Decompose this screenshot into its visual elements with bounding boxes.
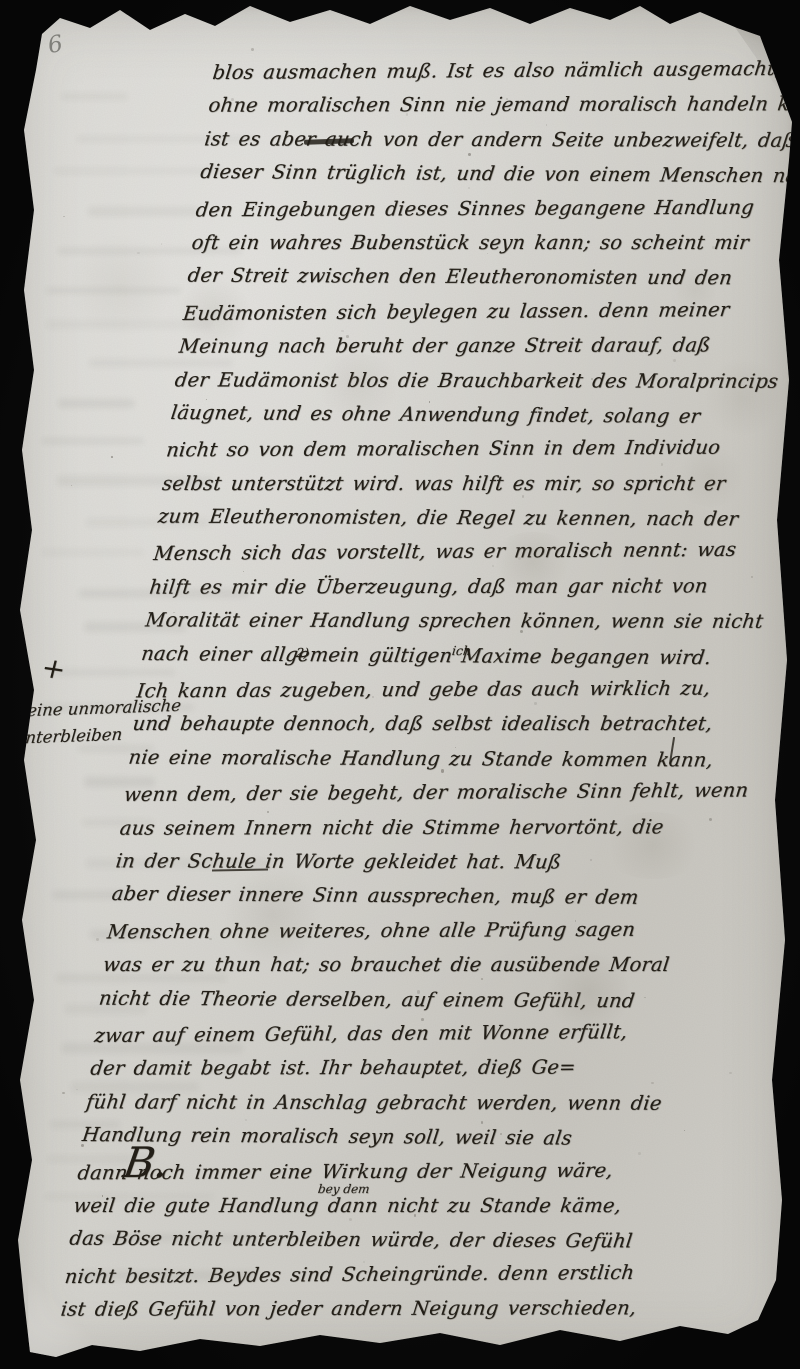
verso-bleed-through	[46, 288, 181, 293]
manuscript-photo: 6 blos ausmachen muß. Ist es also nämlic…	[0, 0, 800, 1369]
paper-stain	[67, 233, 174, 338]
paper-speck	[137, 252, 140, 255]
manuscript-line: ist dieß Gefühl von jeder andern Neigung…	[59, 1291, 623, 1327]
manuscript-line: ist es aber auch von der andern Seite un…	[202, 122, 766, 158]
manuscript-line: ohne moralischen Sinn nie jemand moralis…	[207, 88, 771, 124]
manuscript-line: zum Eleutheronomisten, die Regel zu kenn…	[156, 500, 720, 537]
manuscript-line: hilft es mir die Überzeugung, daß man ga…	[147, 569, 711, 605]
manuscript-line: fühl darf nicht in Anschlag gebracht wer…	[84, 1085, 648, 1121]
verso-bleed-through	[88, 207, 199, 216]
manuscript-line: nicht besitzt. Beydes sind Scheingründe.…	[63, 1256, 627, 1294]
paper-speck	[71, 485, 72, 486]
verso-bleed-through	[54, 168, 224, 174]
margin-note: keine unmoralische unterbleiben	[14, 690, 219, 751]
manuscript-page: 6 blos ausmachen muß. Ist es also nämlic…	[0, 0, 800, 1369]
manuscript-line: nie eine moralische Handlung zu Stande k…	[126, 740, 690, 777]
paper-speck	[651, 1082, 654, 1085]
manuscript-line: Mensch sich das vorstellt, was er morali…	[152, 533, 716, 571]
verso-bleed-through	[42, 549, 144, 556]
manuscript-line: der Streit zwischen den Eleutheronomiste…	[186, 259, 750, 296]
manuscript-text-block: blos ausmachen muß. Ist es also nämlich …	[59, 54, 775, 1326]
paper-speck	[684, 1130, 685, 1131]
manuscript-line: aber dieser innere Sinn aussprechen, muß…	[110, 877, 674, 915]
manuscript-line: aus seinem Innern nicht die Stimme hervo…	[118, 810, 682, 846]
manuscript-line: Menschen ohne weiteres, ohne alle Prüfun…	[105, 912, 669, 949]
paper-speck	[729, 1072, 732, 1075]
paper-speck	[63, 216, 64, 217]
paper-speck	[751, 576, 753, 578]
manuscript-line: Moralität einer Handlung sprechen können…	[143, 604, 707, 640]
manuscript-line: den Eingebungen dieses Sinnes begangene …	[194, 190, 758, 227]
manuscript-line: dieser Sinn trüglich ist, und die von ei…	[198, 155, 762, 193]
paper-speck	[62, 1092, 65, 1095]
manuscript-line: Meinung nach beruht der ganze Streit dar…	[177, 328, 741, 364]
paper-speck	[161, 243, 163, 245]
verso-bleed-through	[58, 399, 135, 409]
page-number-pencil: 6	[46, 31, 65, 59]
manuscript-line: Eudämonisten sich beylegen zu lassen. de…	[181, 293, 745, 331]
interlinear-insertion: ich	[451, 643, 472, 658]
manuscript-line: der damit begabt ist. Ihr behauptet, die…	[88, 1051, 652, 1087]
verso-bleed-through	[61, 93, 128, 100]
transposition-mark: 2)	[295, 645, 310, 660]
paper-speck	[76, 1089, 78, 1091]
manuscript-line: nach einer allgemein gültigen Maxime beg…	[139, 637, 703, 675]
sheet-mark-b: B.	[120, 1138, 172, 1187]
manuscript-line: blos ausmachen muß. Ist es also nämlich …	[211, 52, 775, 90]
interlinear-insertion: bey dem	[317, 1182, 370, 1196]
paper-speck	[709, 818, 712, 821]
manuscript-line: nicht so von dem moralischen Sinn in dem…	[164, 431, 728, 468]
margin-cross-mark: +	[38, 651, 69, 686]
manuscript-line: wenn dem, der sie begeht, der moralische…	[122, 774, 686, 812]
manuscript-line: in der Schule in Worte gekleidet hat. Mu…	[114, 844, 678, 880]
manuscript-line: Ich kann das zugeben, und gebe das auch …	[135, 672, 699, 709]
manuscript-line: zwar auf einem Gefühl, das den mit Wonne…	[92, 1015, 656, 1053]
paper-speck	[251, 48, 254, 51]
paper-speck	[111, 456, 113, 458]
manuscript-line: das Böse nicht unterbleiben würde, der d…	[67, 1222, 631, 1259]
verso-bleed-through	[42, 438, 144, 444]
manuscript-line: oft ein wahres Bubenstück seyn kann; so …	[190, 226, 754, 260]
paper-speck	[96, 938, 99, 941]
manuscript-line: was er zu thun hat; so brauchet die ausü…	[101, 948, 665, 982]
manuscript-line: der Eudämonist blos die Brauchbarkeit de…	[173, 363, 737, 399]
manuscript-line: nicht die Theorie derselben, auf einem G…	[97, 981, 661, 1018]
manuscript-line: läugnet, und es ohne Anwendung findet, s…	[169, 396, 733, 434]
manuscript-line: selbst unterstützt wird. was hilft es mi…	[160, 467, 724, 501]
